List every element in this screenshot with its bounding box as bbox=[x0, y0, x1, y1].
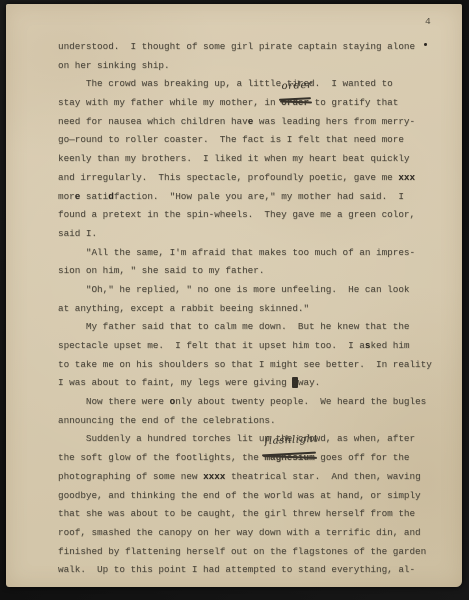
typed-text: announcing the end of the celebrations. bbox=[58, 415, 276, 426]
typed-line: said I. bbox=[58, 225, 456, 244]
typed-text: "All the same, I'm afraid that makes too… bbox=[58, 247, 415, 258]
typed-line: found a pretext in the spin-wheels. They… bbox=[58, 206, 456, 225]
typed-line: spectacle upset me. I felt that it upset… bbox=[58, 337, 456, 356]
typescript-body: understood. I thought of some girl pirat… bbox=[58, 38, 456, 580]
typed-text: at anything, except a rabbit beeing skin… bbox=[58, 303, 309, 314]
overtyped-text: xxxx bbox=[203, 471, 225, 482]
typed-line: stay with my father while my mother, in … bbox=[58, 94, 456, 113]
typed-line: and irregularly. This spectacle, profoun… bbox=[58, 169, 456, 188]
typed-text: way. bbox=[298, 377, 320, 388]
typed-line: photographing of some new xxxx theatrica… bbox=[58, 468, 456, 487]
typed-text: sion on him, " she said to my father. bbox=[58, 265, 264, 276]
typed-line: "All the same, I'm afraid that makes too… bbox=[58, 244, 456, 263]
typed-line: on her sinking ship. bbox=[58, 57, 456, 76]
struck-word: order bbox=[281, 94, 309, 113]
typed-text: "Oh," he replied, " no one is more unfee… bbox=[58, 284, 409, 295]
typed-text: goodbye, and thinking the end of the wor… bbox=[58, 490, 421, 501]
typed-text: roof, smashed the canopy on her way down… bbox=[58, 527, 421, 538]
typed-text: I was about to faint, my legs were givin… bbox=[58, 377, 292, 388]
typed-text: walk. Up to this point I had attempted t… bbox=[58, 564, 415, 575]
struck-word: magnesium bbox=[264, 449, 314, 468]
typed-text: ked him bbox=[370, 340, 409, 351]
typed-line: at anything, except a rabbit beeing skin… bbox=[58, 300, 456, 319]
typed-text: said I. bbox=[58, 228, 97, 239]
typed-text: understood. I thought of some girl pirat… bbox=[58, 41, 415, 52]
typed-text: to gratify that bbox=[309, 97, 398, 108]
typed-text: go—round to roller coaster. The fact is … bbox=[58, 134, 404, 145]
typed-line: sion on him, " she said to my father. bbox=[58, 262, 456, 281]
typed-line: My father said that to calm me down. But… bbox=[58, 318, 456, 337]
typed-line: announcing the end of the celebrations. bbox=[58, 412, 456, 431]
typed-text: keenly than my brothers. I liked it when… bbox=[58, 153, 409, 164]
photo-background: 4 understood. I thought of some girl pir… bbox=[0, 0, 469, 600]
typed-line: finished by flattening herself out on th… bbox=[58, 543, 456, 562]
typed-text: goes off for the bbox=[315, 452, 410, 463]
typed-line: keenly than my brothers. I liked it when… bbox=[58, 150, 456, 169]
typed-text: sati bbox=[80, 191, 108, 202]
typed-line: the soft glow of the footlights, the fla… bbox=[58, 449, 456, 468]
typed-text: and irregularly. This spectacle, profoun… bbox=[58, 172, 398, 183]
typed-text: Suddenly a hundred torches lit up the cr… bbox=[58, 433, 415, 444]
typed-text: the soft glow of the footlights, the bbox=[58, 452, 264, 463]
typed-line: I was about to faint, my legs were givin… bbox=[58, 374, 456, 393]
manuscript-page: 4 understood. I thought of some girl pir… bbox=[6, 4, 462, 587]
typed-text: nly about twenty people. We heard the bu… bbox=[175, 396, 426, 407]
typed-text: The crowd was breaking up, a little tire… bbox=[58, 78, 393, 89]
typed-line: "Oh," he replied, " no one is more unfee… bbox=[58, 281, 456, 300]
typed-line: more satidfaction. "How pale you are," m… bbox=[58, 188, 456, 207]
typed-text: on her sinking ship. bbox=[58, 60, 170, 71]
typed-text: was leading hers from merry- bbox=[253, 116, 415, 127]
typed-line: The crowd was breaking up, a little tire… bbox=[58, 75, 456, 94]
typed-text: found a pretext in the spin-wheels. They… bbox=[58, 209, 415, 220]
overtyped-text: xxx bbox=[398, 172, 415, 183]
typed-text: spectacle upset me. I felt that it upset… bbox=[58, 340, 365, 351]
typed-text: Now there were bbox=[58, 396, 170, 407]
typed-text: My father said that to calm me down. But… bbox=[58, 321, 409, 332]
typed-line: Now there were only about twenty people.… bbox=[58, 393, 456, 412]
page-number: 4 bbox=[425, 16, 431, 27]
typed-line: understood. I thought of some girl pirat… bbox=[58, 38, 456, 57]
typed-text: that she was about to be caught, the gir… bbox=[58, 508, 415, 519]
typed-text: to take me on his shoulders so that I mi… bbox=[58, 359, 432, 370]
typed-text: finished by flattening herself out on th… bbox=[58, 546, 426, 557]
typed-text: need for nausea which children hav bbox=[58, 116, 248, 127]
typed-line: to take me on his shoulders so that I mi… bbox=[58, 356, 456, 375]
typed-line: Suddenly a hundred torches lit up the cr… bbox=[58, 430, 456, 449]
typed-text: faction. "How pale you are," my mother h… bbox=[114, 191, 404, 202]
typed-text: mor bbox=[58, 191, 75, 202]
typed-text: photographing of some new bbox=[58, 471, 203, 482]
typed-line: that she was about to be caught, the gir… bbox=[58, 505, 456, 524]
typed-line: roof, smashed the canopy on her way down… bbox=[58, 524, 456, 543]
typed-line: need for nausea which children have was … bbox=[58, 113, 456, 132]
typed-text: theatrical star. And then, waving bbox=[225, 471, 420, 482]
typed-text: stay with my father while my mother, in bbox=[58, 97, 281, 108]
typed-line: go—round to roller coaster. The fact is … bbox=[58, 131, 456, 150]
typed-line: walk. Up to this point I had attempted t… bbox=[58, 561, 456, 580]
typed-line: goodbye, and thinking the end of the wor… bbox=[58, 487, 456, 506]
